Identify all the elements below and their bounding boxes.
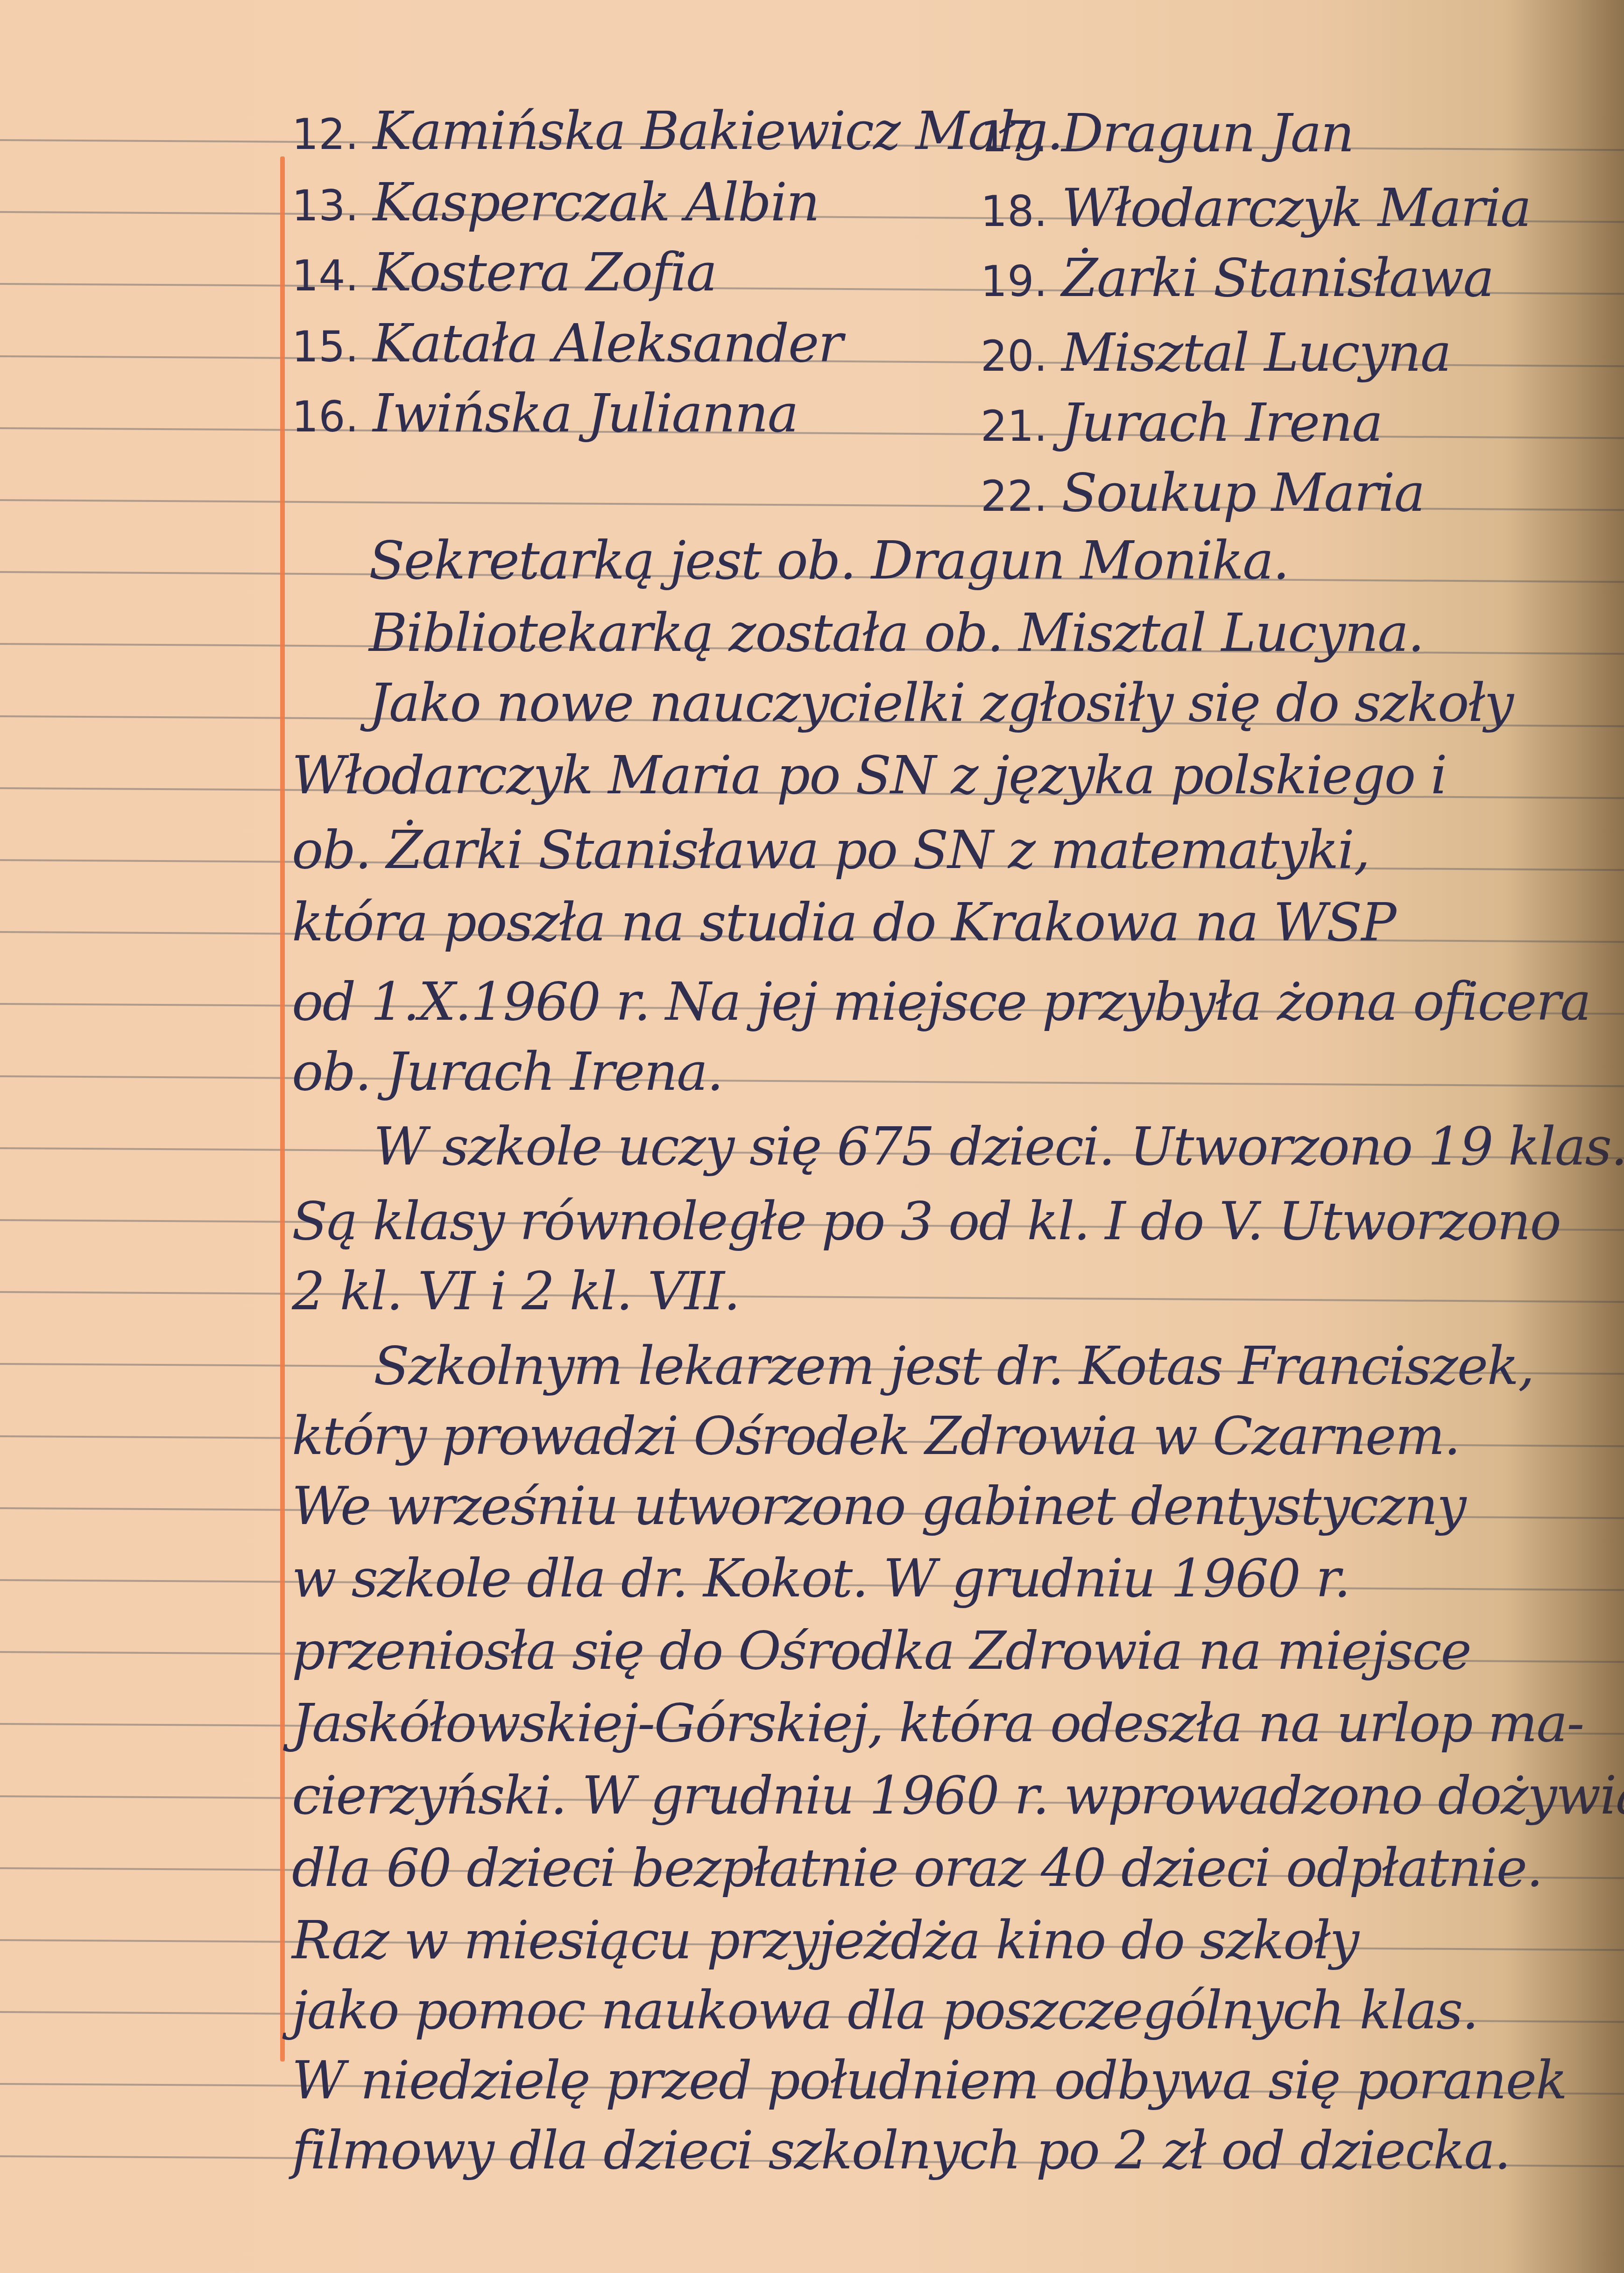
staff-name: Włodarczyk Maria xyxy=(1061,178,1531,239)
staff-name: Iwińska Julianna xyxy=(373,383,798,444)
staff-list-item: 18.Włodarczyk Maria xyxy=(981,182,1531,234)
staff-list-item: 17.Dragun Jan xyxy=(981,107,1354,160)
list-number: 12. xyxy=(292,110,359,159)
staff-name: Kasperczak Albin xyxy=(373,172,819,233)
list-number: 22. xyxy=(981,472,1047,521)
staff-name: Katała Aleksander xyxy=(373,313,842,374)
staff-list-item: 15.Katała Aleksander xyxy=(292,318,842,370)
text-line: ob. Żarki Stanisława po SN z matematyki, xyxy=(292,824,1370,876)
staff-list-item: 12.Kamińska Bakiewicz Małg. xyxy=(292,105,1063,157)
staff-list-item: 20.Misztal Lucyna xyxy=(981,327,1451,379)
staff-list-item: 22.Soukup Maria xyxy=(981,467,1424,519)
staff-name: Dragun Jan xyxy=(1061,103,1353,164)
staff-list-item: 21.Jurach Irena xyxy=(981,397,1382,449)
text-line: ob. Jurach Irena. xyxy=(292,1046,723,1098)
text-line: który prowadzi Ośrodek Zdrowia w Czarnem… xyxy=(292,1410,1460,1462)
margin-line xyxy=(280,156,285,2061)
staff-list-item: 16.Iwińska Julianna xyxy=(292,388,798,440)
staff-name: Misztal Lucyna xyxy=(1061,323,1451,383)
text-line: We wrześniu utworzono gabinet dentystycz… xyxy=(292,1480,1466,1532)
staff-name: Kamińska Bakiewicz Małg. xyxy=(373,101,1062,162)
list-number: 13. xyxy=(292,182,359,231)
list-number: 21. xyxy=(981,402,1047,451)
staff-name: Soukup Maria xyxy=(1061,463,1424,523)
text-line: W niedzielę przed południem odbywa się p… xyxy=(292,2054,1567,2107)
text-line: dla 60 dzieci bezpłatnie oraz 40 dzieci … xyxy=(292,1842,1542,1894)
text-line: W szkole uczy się 675 dzieci. Utworzono … xyxy=(374,1121,1624,1173)
staff-list-item: 19.Żarki Stanisława xyxy=(981,252,1493,304)
text-line: Szkolnym lekarzem jest dr. Kotas Francis… xyxy=(374,1340,1534,1392)
text-line: w szkole dla dr. Kokot. W grudniu 1960 r… xyxy=(292,1553,1350,1605)
book-spine-shadow xyxy=(1503,0,1624,2273)
list-number: 14. xyxy=(292,252,359,301)
text-line: Jako nowe nauczycielki zgłosiły się do s… xyxy=(369,677,1513,729)
text-line: Raz w miesiącu przyjeżdża kino do szkoły xyxy=(292,1914,1358,1967)
text-line: cierzyński. W grudniu 1960 r. wprowadzon… xyxy=(292,1770,1624,1822)
staff-name: Kostera Zofia xyxy=(373,242,716,303)
text-line: filmowy dla dzieci szkolnych po 2 zł od … xyxy=(292,2125,1510,2177)
text-line: Sekretarką jest ob. Dragun Monika. xyxy=(369,535,1289,587)
list-number: 20. xyxy=(981,332,1047,381)
ruled-line xyxy=(0,1291,1624,1303)
list-number: 19. xyxy=(981,257,1047,306)
text-line: od 1.X.1960 r. Na jej miejsce przybyła ż… xyxy=(292,976,1590,1028)
text-line: 2 kl. VI i 2 kl. VII. xyxy=(292,1265,740,1318)
text-line: Jaskółowskiej-Górskiej, która odeszła na… xyxy=(292,1697,1583,1750)
list-number: 16. xyxy=(292,393,359,442)
text-line: przeniosła się do Ośrodka Zdrowia na mie… xyxy=(292,1625,1471,1677)
text-line: Włodarczyk Maria po SN z języka polskieg… xyxy=(292,749,1447,802)
list-number: 15. xyxy=(292,323,359,372)
staff-list-item: 14.Kostera Zofia xyxy=(292,247,716,299)
text-line: która poszła na studia do Krakowa na WSP xyxy=(292,896,1396,949)
list-number: 17. xyxy=(981,113,1047,162)
text-line: Są klasy równoległe po 3 od kl. I do V. … xyxy=(292,1195,1560,1248)
list-number: 18. xyxy=(981,187,1047,236)
ruled-line xyxy=(0,1075,1624,1087)
staff-name: Żarki Stanisława xyxy=(1061,248,1493,309)
text-line: jako pomoc naukowa dla poszczególnych kl… xyxy=(292,1984,1478,2037)
text-line: Bibliotekarką została ob. Misztal Lucyna… xyxy=(369,607,1424,659)
staff-list-item: 13.Kasperczak Albin xyxy=(292,176,819,229)
notebook-page: 12.Kamińska Bakiewicz Małg. 13.Kaspercza… xyxy=(0,0,1624,2273)
staff-name: Jurach Irena xyxy=(1061,393,1382,453)
